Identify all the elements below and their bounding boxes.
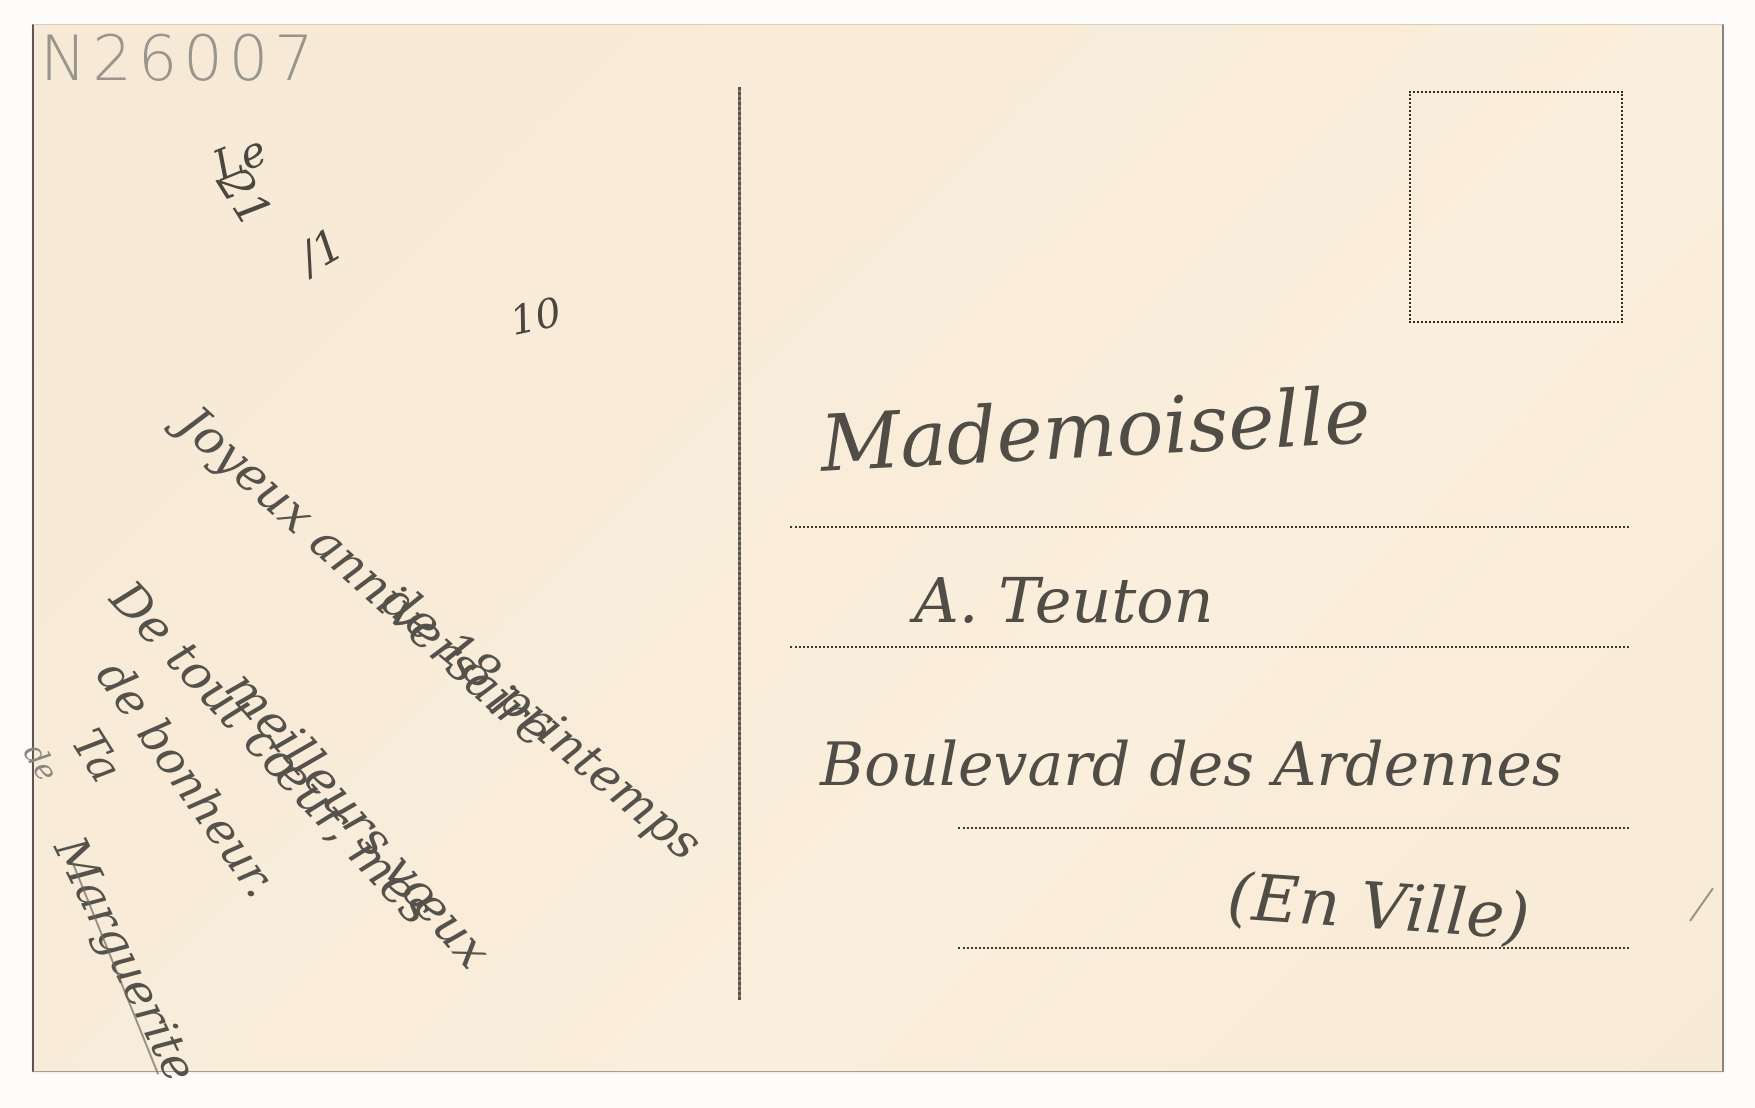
center-divider-line — [738, 87, 741, 1000]
recipient-name: A. Teuton — [914, 564, 1214, 637]
address-line-3 — [958, 827, 1629, 829]
address-line-1 — [790, 526, 1629, 528]
address-line-2 — [790, 646, 1629, 648]
archive-reference-number: N26007 — [40, 22, 320, 95]
recipient-street: Boulevard des Ardennes — [820, 730, 1563, 800]
address-line-4 — [958, 947, 1629, 949]
stamp-placeholder-box — [1409, 91, 1623, 323]
